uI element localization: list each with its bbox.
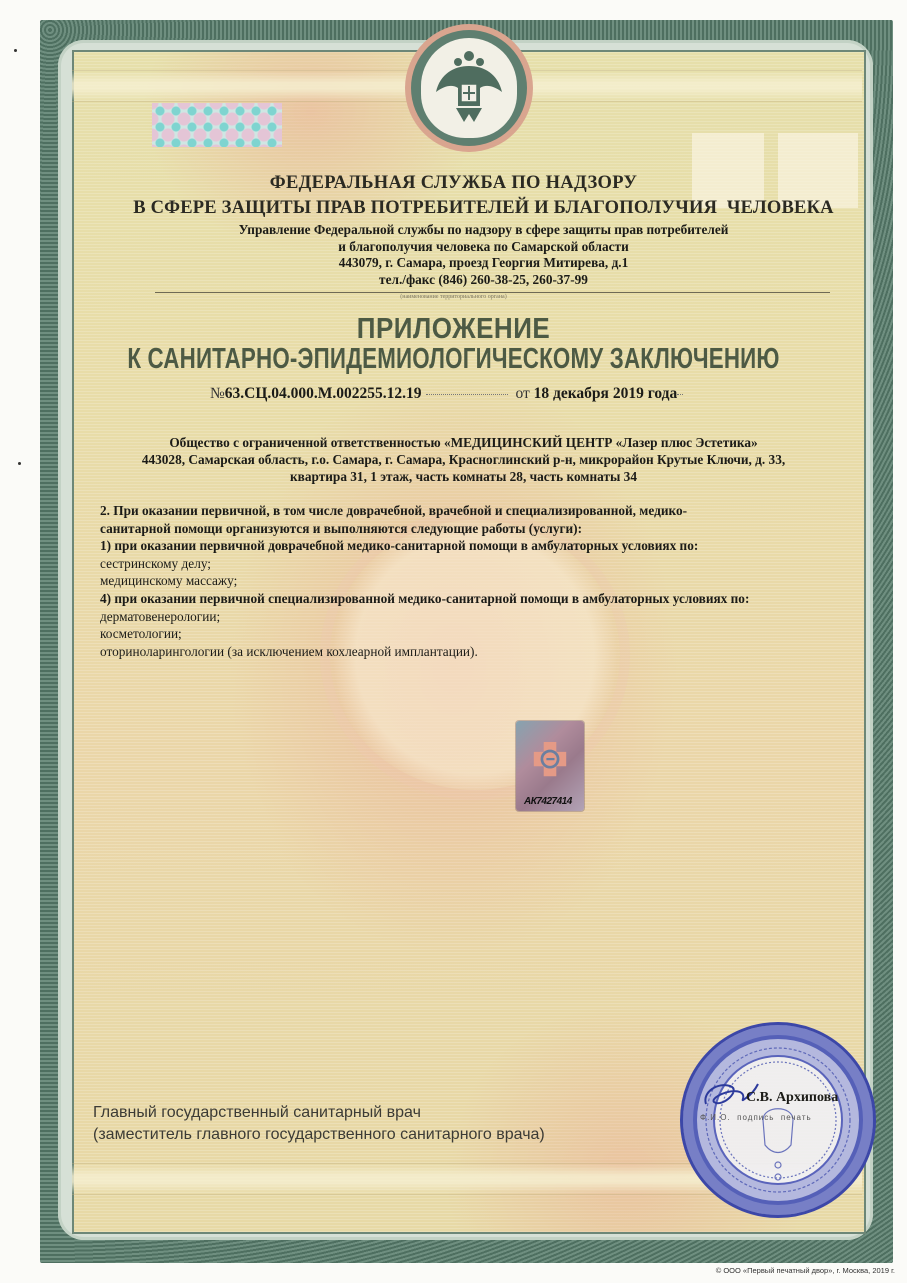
signer-name: С.В. Архипова [746, 1090, 838, 1106]
position-line: Главный государственный санитарный врач [93, 1102, 545, 1124]
service-item: сестринскому делу; [100, 555, 860, 573]
dotted-filler [426, 394, 508, 395]
agency-title-line2: В СФЕРЕ ЗАЩИТЫ ПРАВ ПОТРЕБИТЕЛЕЙ И БЛАГО… [30, 198, 907, 219]
service-item: оториноларингологии (за исключением кохл… [100, 643, 860, 661]
number-prefix: № [210, 385, 225, 402]
printer-imprint: © ООО «Первый печатный двор», г. Москва,… [716, 1266, 895, 1275]
blank-field-box [778, 133, 858, 208]
document-date: 18 декабря 2019 года [534, 385, 678, 402]
territorial-office-block: Управление Федеральной службы по надзору… [30, 222, 907, 288]
service-item: косметологии; [100, 625, 860, 643]
medical-cross-hologram-icon [532, 735, 568, 785]
intro-line: 2. При оказании первичной, в том числе д… [100, 502, 860, 520]
organization-block: Общество с ограниченной ответственностью… [10, 434, 907, 485]
service-item: дерматовенерологии; [100, 608, 860, 626]
blank-field-box [692, 133, 764, 208]
divider-rule [155, 292, 830, 293]
signature-caption: Ф.И.О. подпись печать [700, 1113, 812, 1122]
intro-line: санитарной помощи организуются и выполня… [100, 520, 860, 538]
position-line: (заместитель главного государственного с… [93, 1124, 545, 1146]
section-heading: 4) при оказании первичной специализирова… [100, 590, 860, 608]
document-number: 63.СЦ.04.000.М.002255.12.19 [225, 385, 422, 402]
office-line: 443079, г. Самара, проезд Георгия Митире… [30, 255, 907, 272]
service-item: медицинскому массажу; [100, 572, 860, 590]
hologram-sticker: АК7427414 [516, 721, 584, 811]
office-line: тел./факс (846) 260-38-25, 260-37-99 [30, 272, 907, 289]
office-line: Управление Федеральной службы по надзору… [30, 222, 907, 239]
paper-speck [14, 49, 17, 52]
dotted-filler [677, 394, 683, 395]
office-line: и благополучия человека по Самарской обл… [30, 239, 907, 256]
double-headed-eagle-emblem-icon [421, 38, 517, 138]
section-heading: 1) при оказании первичной доврачебной ме… [100, 537, 860, 555]
organization-name: Общество с ограниченной ответственностью… [10, 434, 907, 451]
date-prefix: от [515, 385, 529, 402]
rule-caption: (наименование территориального органа) [0, 294, 907, 300]
services-body: 2. При оказании первичной, в том числе д… [100, 502, 860, 660]
organization-address: 443028, Самарская область, г.о. Самара, … [10, 451, 907, 468]
organization-address: квартира 31, 1 этаж, часть комнаты 28, ч… [10, 468, 907, 485]
hologram-serial: АК7427414 [524, 796, 572, 807]
document-number-line: №63.СЦ.04.000.М.002255.12.19 от 18 декаб… [210, 385, 683, 403]
agency-title-line1: ФЕДЕРАЛЬНАЯ СЛУЖБА ПО НАДЗОРУ [0, 173, 907, 194]
security-hologram-strip [152, 103, 282, 147]
signatory-position: Главный государственный санитарный врач … [93, 1102, 545, 1146]
document-title-line2: К САНИТАРНО-ЭПИДЕМИОЛОГИЧЕСКОМУ ЗАКЛЮЧЕН… [63, 341, 843, 376]
